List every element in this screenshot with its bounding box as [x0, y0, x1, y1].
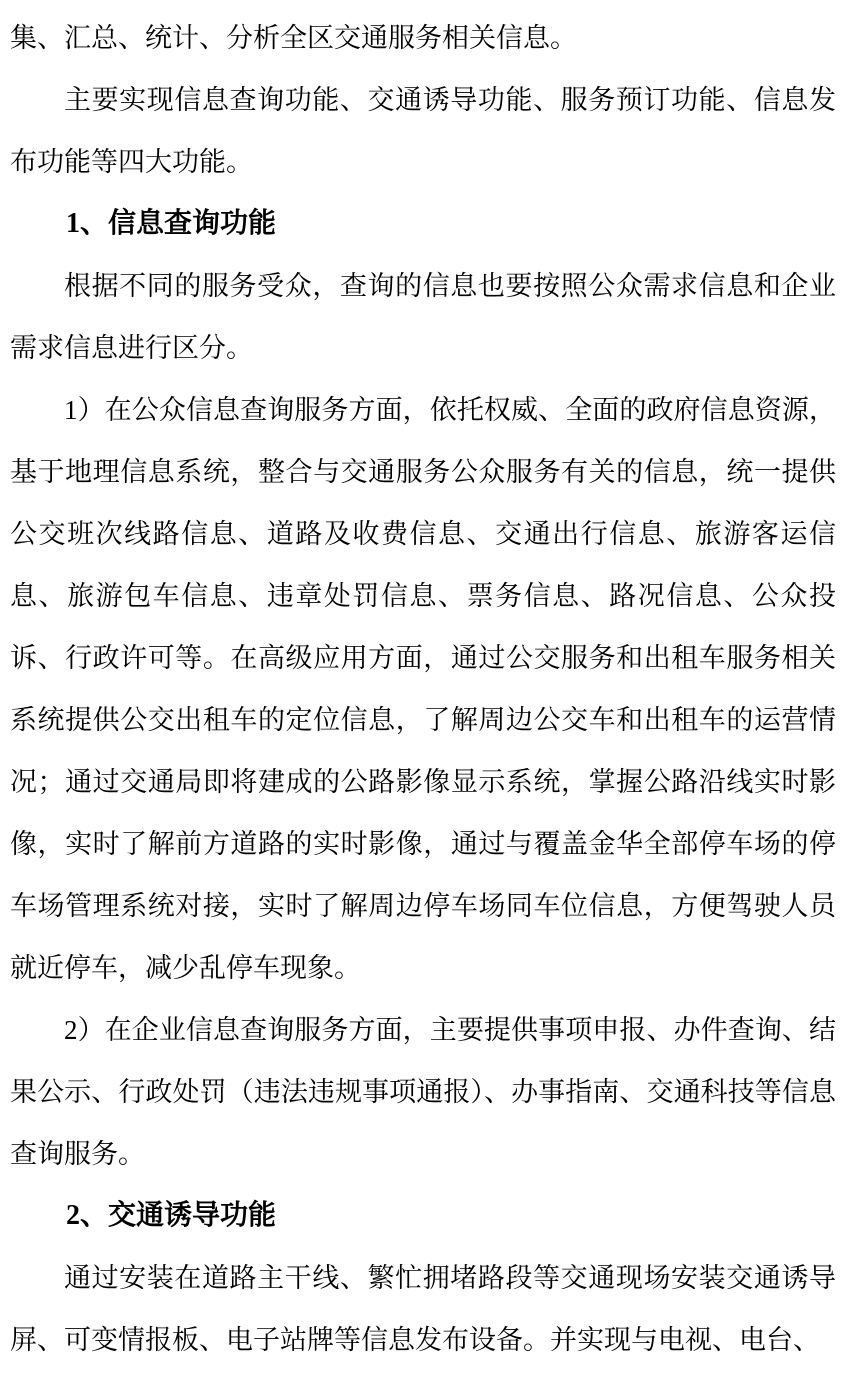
document-page: 集、汇总、统计、分析全区交通服务相关信息。 主要实现信息查询功能、交通诱导功能、…	[0, 0, 846, 1380]
section-heading-info-query-function: 1、信息查询功能	[10, 193, 836, 255]
paragraph-continuation-collect-summarize: 集、汇总、统计、分析全区交通服务相关信息。	[10, 7, 836, 69]
paragraph-enterprise-info-query-services: 2）在企业信息查询服务方面，主要提供事项申报、办件查询、结果公示、行政处罚（违法…	[10, 999, 836, 1185]
paragraph-public-info-query-services: 1）在公众信息查询服务方面，依托权威、全面的政府信息资源，基于地理信息系统，整合…	[10, 379, 836, 999]
paragraph-audience-distinction: 根据不同的服务受众，查询的信息也要按照公众需求信息和企业需求信息进行区分。	[10, 255, 836, 379]
paragraph-traffic-guidance-equipment: 通过安装在道路主干线、繁忙拥堵路段等交通现场安装交通诱导屏、可变情报板、电子站牌…	[10, 1247, 836, 1371]
paragraph-four-main-functions: 主要实现信息查询功能、交通诱导功能、服务预订功能、信息发布功能等四大功能。	[10, 69, 836, 193]
section-heading-traffic-guidance-function: 2、交通诱导功能	[10, 1185, 836, 1247]
